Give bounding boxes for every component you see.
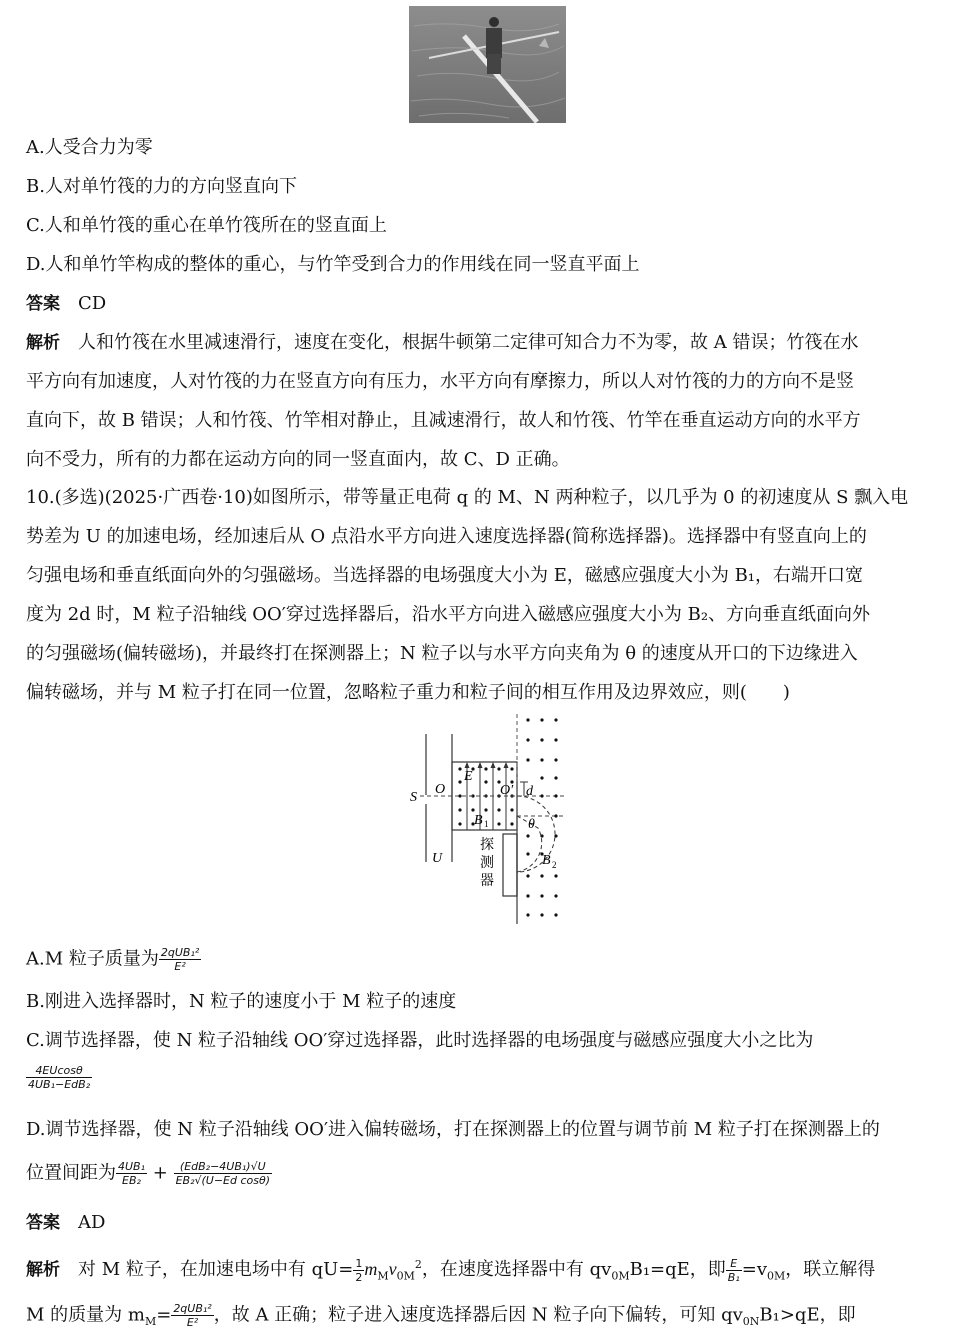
q9-analysis-line-2: 平方向有加速度，人对竹筏的力在竖直方向有压力，水平方向有摩擦力，所以人对竹筏的力…	[26, 370, 854, 394]
q9-answer: 答案CD	[26, 292, 106, 316]
velocity-selector-diagram: S O O′ d E B 1 θ B 2 U 探 测 器	[400, 712, 570, 927]
ratio-fraction: 4EUcosθ4UB₁−EdB₂	[26, 1064, 92, 1091]
q10-stem-line-6: 偏转磁场，并与 M 粒子打在同一位置，忽略粒子重力和粒子间的相互作用及边界效应，…	[26, 681, 790, 705]
label-e: E	[463, 769, 473, 784]
q10-option-c-formula: 4EUcosθ4UB₁−EdB₂	[26, 1064, 92, 1091]
q10-option-d: D.调节选择器，使 N 粒子沿轴线 OO′进入偏转磁场，打在探测器上的位置与调节…	[26, 1118, 880, 1142]
svg-text:探: 探	[480, 836, 494, 853]
label-b1: B	[474, 813, 483, 828]
q9-analysis-line-1: 解析人和竹筏在水里减速滑行，速度在变化，根据牛顿第二定律可知合力不为零，故 A …	[26, 331, 858, 355]
q9-analysis-line-3: 直向下，故 B 错误；人和竹筏、竹竿相对静止，且减速滑行，故人和竹筏、竹竿在垂直…	[26, 409, 861, 433]
q10-option-b: B.刚进入选择器时，N 粒子的速度小于 M 粒子的速度	[26, 990, 456, 1014]
svg-text:测: 测	[480, 855, 494, 871]
q10-analysis-line-1: 解析对 M 粒子，在加速电场中有 qU=12mMv0M2，在速度选择器中有 qv…	[26, 1253, 875, 1289]
q10-option-d-formula: 位置间距为4UB₁EB₂ + (EdB₂−4UB₁)√UEB₂√(U−Ed co…	[26, 1160, 272, 1187]
q10-option-a: A.M 粒子质量为2qUB₁²E²	[26, 946, 201, 973]
label-s: S	[410, 790, 417, 805]
q10-analysis-line-2: M 的质量为 mM=2qUB₁²E²，故 A 正确；粒子进入速度选择器后因 N …	[26, 1302, 856, 1331]
q10-stem-line-2: 势差为 U 的加速电场，经加速后从 O 点沿水平方向进入速度选择器(简称选择器)…	[26, 525, 867, 549]
answer-value: CD	[78, 293, 106, 314]
q10-answer: 答案AD	[26, 1211, 105, 1235]
q9-option-b: B.人对单竹筏的力的方向竖直向下	[26, 175, 297, 199]
answer-value: AD	[78, 1212, 105, 1233]
q10-option-c: C.调节选择器，使 N 粒子沿轴线 OO′穿过选择器，此时选择器的电场强度与磁感…	[26, 1029, 813, 1053]
q9-analysis-line-4: 向不受力，所有的力都在运动方向的同一竖直面内，故 C、D 正确。	[26, 448, 570, 472]
label-d: d	[526, 784, 534, 799]
analysis-label: 解析	[26, 1260, 60, 1280]
q10-stem-line-4: 度为 2d 时，M 粒子沿轴线 OO′穿过选择器后，沿水平方向进入磁感应强度大小…	[26, 603, 870, 627]
q10-stem-line-5: 的匀强磁场(偏转磁场)，并最终打在探测器上；N 粒子以与水平方向夹角为 θ 的速…	[26, 642, 858, 666]
q10-stem-line-1: 10.(多选)(2025·广西卷·10)如图所示，带等量正电荷 q 的 M、N …	[26, 486, 908, 510]
q9-option-c: C.人和单竹筏的重心在单竹筏所在的竖直面上	[26, 214, 387, 238]
label-o-prime: O′	[500, 783, 514, 798]
label-o: O	[435, 782, 445, 797]
svg-text:器: 器	[480, 873, 494, 889]
answer-label: 答案	[26, 1213, 60, 1233]
svg-text:1: 1	[484, 819, 489, 829]
q9-option-d: D.人和单竹竿构成的整体的重心，与竹竿受到合力的作用线在同一竖直平面上	[26, 253, 640, 277]
label-b2: B	[542, 853, 551, 868]
analysis-label: 解析	[26, 333, 60, 353]
label-theta: θ	[528, 817, 535, 832]
bamboo-raft-photo	[409, 6, 566, 123]
svg-text:2: 2	[552, 860, 557, 870]
analysis-text: 人和竹筏在水里减速滑行，速度在变化，根据牛顿第二定律可知合力不为零，故 A 错误…	[78, 332, 858, 353]
answer-label: 答案	[26, 294, 60, 314]
q10-stem-line-3: 匀强电场和垂直纸面向外的匀强磁场。当选择器的电场强度大小为 E，磁感应强度大小为…	[26, 564, 863, 588]
mass-fraction: 2qUB₁²E²	[159, 946, 201, 973]
label-u: U	[432, 851, 443, 866]
q9-option-a: A.人受合力为零	[26, 136, 153, 160]
